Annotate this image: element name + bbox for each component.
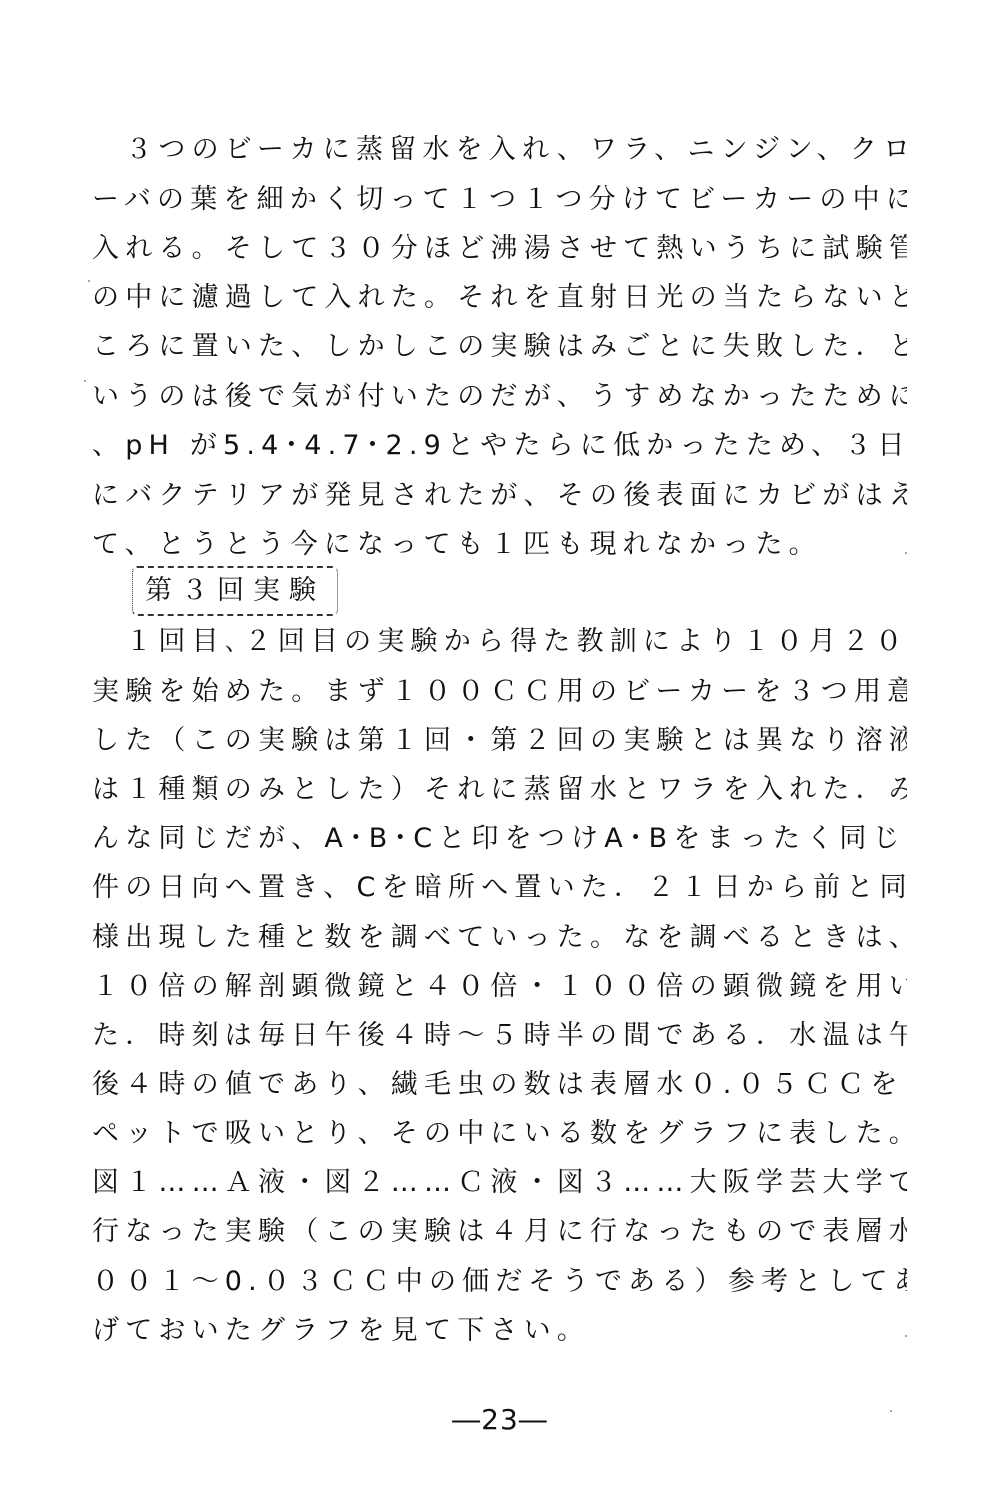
paragraph-line-2: ーバの葉を細かく切って１つ１つ分けてビーカーの中に — [92, 180, 907, 220]
paragraph2-line-7: 様出現した種と数を調べていった。なを調べるときは、 — [92, 918, 907, 958]
paragraph2-line-8: １０倍の解剖顕微鏡と４０倍・１００倍の顕微鏡を用い — [92, 967, 907, 1007]
paragraph-line-3: 入れる。そして３０分ほど沸湯させて熱いうちに試験管 — [92, 229, 907, 269]
paragraph2-line-9: た．時刻は毎日午後４時～５時半の間である．水温は午 — [92, 1016, 907, 1056]
paragraph2-line-12: 図１……Ａ液・図２……Ｃ液・図３……大阪学芸大学で — [92, 1163, 907, 1203]
paragraph2-line-11: ペットで吸いとり、その中にいる数をグラフに表した。 — [92, 1114, 907, 1154]
paragraph2-line-14: ００１～0.０３ＣＣ中の価だそうである）参考としてあ — [92, 1262, 907, 1302]
scan-speck — [905, 552, 907, 554]
paragraph2-line-6: 件の日向へ置き、Cを暗所へ置いた．２１日から前と同 — [92, 868, 907, 908]
paragraph2-line-5: んな同じだが、A･B･Cと印をつけA･Bをまったく同じ条 — [92, 819, 907, 859]
section-heading: 第３回実験 — [132, 566, 338, 616]
paragraph-line-8: にバクテリアが発見されたが、その後表面にカビがはえ — [92, 476, 907, 516]
scan-speck — [905, 1335, 907, 1337]
paragraph2-line-13: 行なった実験（この実験は４月に行なったもので表層水 — [92, 1212, 907, 1252]
scan-speck — [84, 380, 86, 382]
page-number: ―23― — [0, 1400, 1000, 1440]
paragraph-line-4: の中に濾過して入れた。それを直射日光の当たらないと — [92, 278, 907, 318]
paragraph-line-6: いうのは後で気が付いたのだが、うすめなかったために — [92, 377, 907, 417]
paragraph2-line-4: は１種類のみとした）それに蒸留水とワラを入れた．み — [92, 770, 907, 810]
paragraph2-line-1: １回目､２回目の実験から得た教訓により１０月２０日から — [92, 622, 907, 662]
paragraph-line-1: ３つのビーカに蒸留水を入れ、ワラ、ニンジン、クロ — [92, 130, 907, 170]
paragraph2-line-3: した（この実験は第１回・第２回の実験とは異なり溶液 — [92, 721, 907, 761]
paragraph2-line-15: げておいたグラフを見て下さい。 — [92, 1311, 907, 1351]
paragraph-line-7: 、pH が5.4･4.7･2.9とやたらに低かったため、３日目 — [92, 426, 907, 466]
paragraph-line-9: て、とうとう今になっても１匹も現れなかった。 — [92, 525, 907, 565]
paragraph-line-5: ころに置いた、しかしこの実験はみごとに失敗した．と — [92, 327, 907, 367]
scan-speck — [88, 280, 90, 282]
paragraph2-line-2: 実験を始めた。まず１００ＣＣ用のビーカーを３つ用意 — [92, 672, 907, 712]
paragraph2-line-10: 後４時の値であり、繊毛虫の数は表層水０.０５ＣＣをピ — [92, 1065, 907, 1105]
document-page: ３つのビーカに蒸留水を入れ、ワラ、ニンジン、クロ ーバの葉を細かく切って１つ１つ… — [0, 0, 1000, 1504]
scan-speck — [890, 1410, 892, 1412]
